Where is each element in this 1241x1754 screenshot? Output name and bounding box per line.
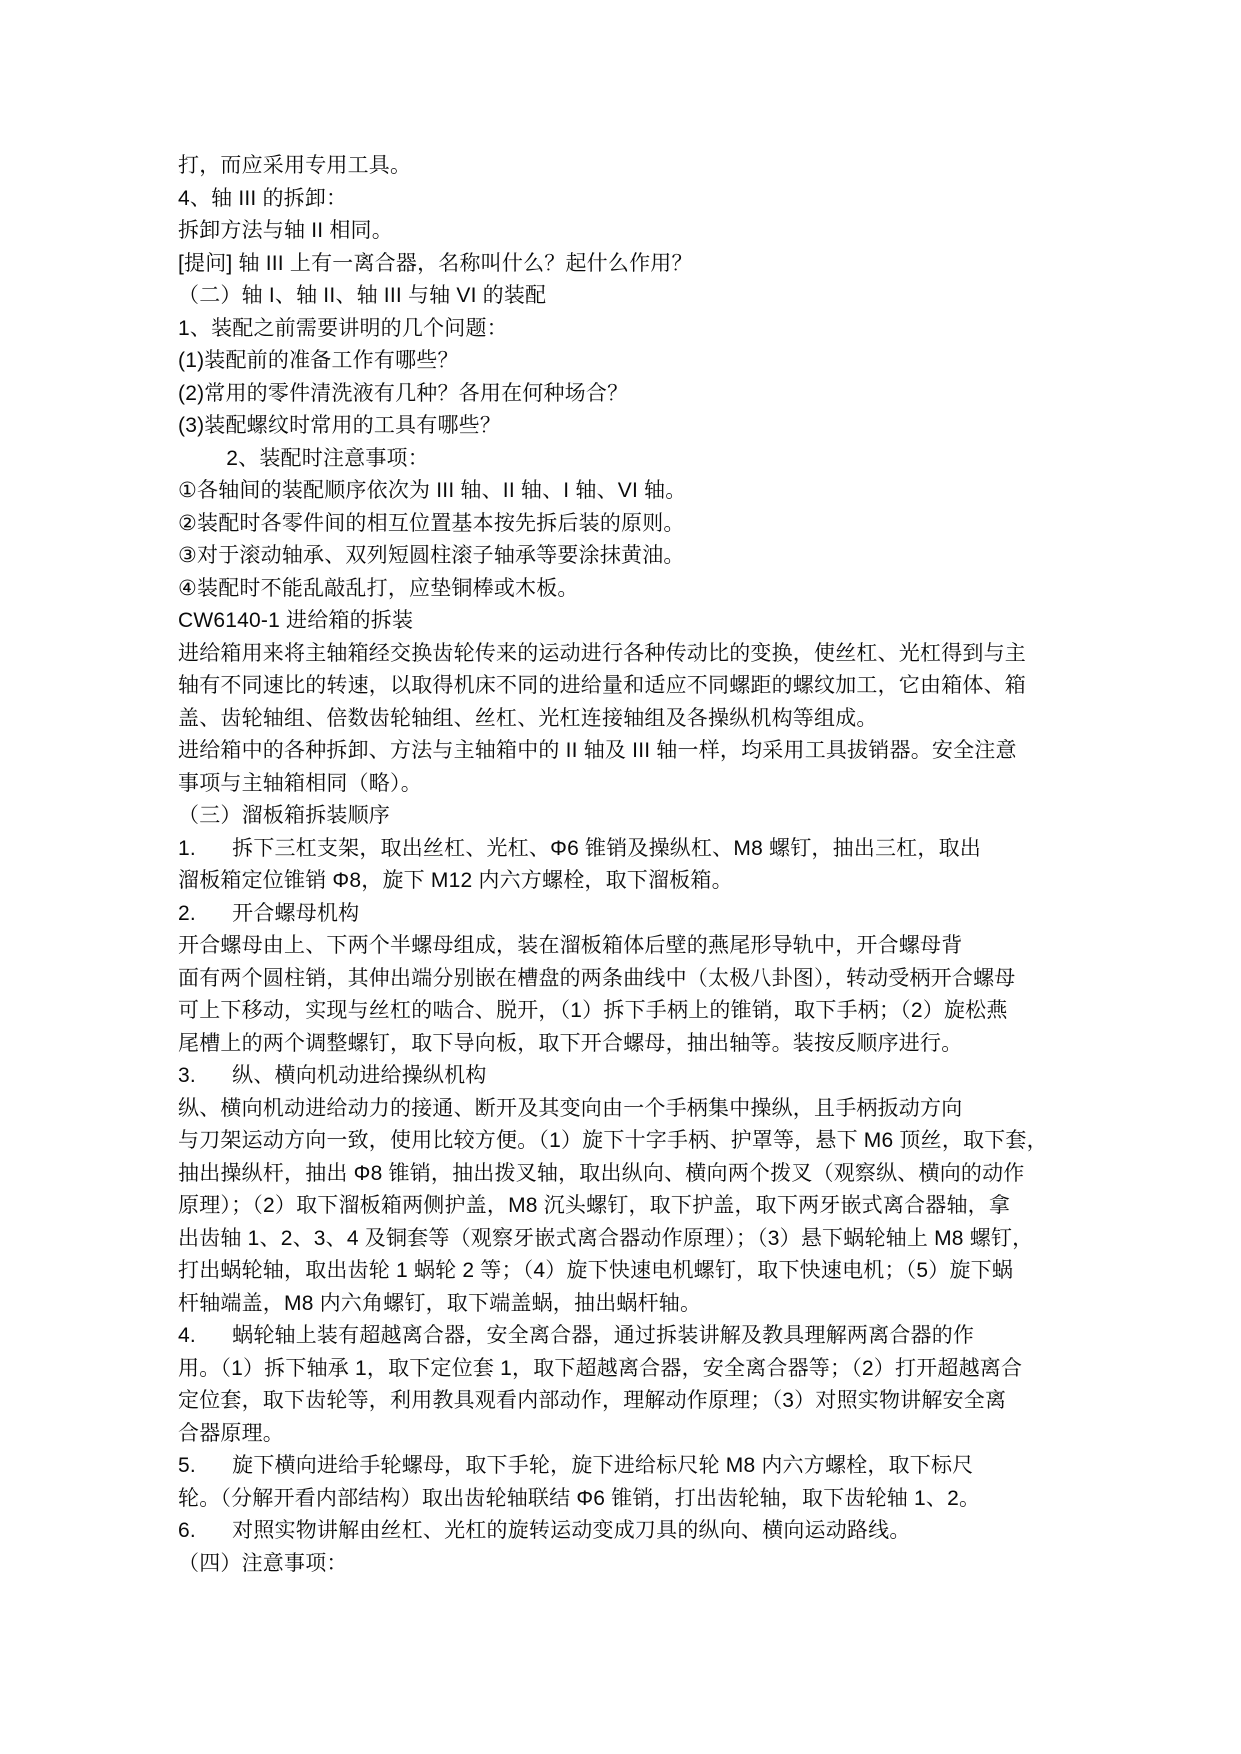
text-line: 原理）；（2）取下溜板箱两侧护盖，M8 沉头螺钉，取下护盖，取下两牙嵌式离合器轴… bbox=[178, 1190, 1108, 1223]
text-line: （三）溜板箱拆装顺序 bbox=[178, 800, 1108, 833]
text-line: 出齿轴 1、2、3、4 及铜套等（观察牙嵌式离合器动作原理）；（3）悬下蜗轮轴上… bbox=[178, 1223, 1108, 1256]
text-line: 可上下移动，实现与丝杠的啮合、脱开，（1）拆下手柄上的锥销，取下手柄；（2）旋松… bbox=[178, 995, 1108, 1028]
text-line: （四）注意事项： bbox=[178, 1548, 1108, 1581]
text-line: （二）轴 I、轴 II、轴 III 与轴 VI 的装配 bbox=[178, 280, 1108, 313]
text-line: [提问] 轴 III 上有一离合器，名称叫什么？起什么作用？ bbox=[178, 248, 1108, 281]
text-line: 溜板箱定位锥销 Φ8，旋下 M12 内六方螺栓，取下溜板箱。 bbox=[178, 865, 1108, 898]
text-line: 进给箱中的各种拆卸、方法与主轴箱中的 II 轴及 III 轴一样，均采用工具拔销… bbox=[178, 735, 1108, 768]
text-line: 定位套，取下齿轮等，利用教具观看内部动作，理解动作原理；（3）对照实物讲解安全离 bbox=[178, 1385, 1108, 1418]
text-line: 合器原理。 bbox=[178, 1418, 1108, 1451]
text-line: 进给箱用来将主轴箱经交换齿轮传来的运动进行各种传动比的变换，使丝杠、光杠得到与主 bbox=[178, 638, 1108, 671]
text-line: (1)装配前的准备工作有哪些？ bbox=[178, 345, 1108, 378]
text-line: 4、轴 III 的拆卸： bbox=[178, 183, 1108, 216]
text-line: 拆卸方法与轴 II 相同。 bbox=[178, 215, 1108, 248]
text-line: 轴有不同速比的转速，以取得机床不同的进给量和适应不同螺距的螺纹加工，它由箱体、箱 bbox=[178, 670, 1108, 703]
text-line: ④装配时不能乱敲乱打，应垫铜棒或木板。 bbox=[178, 573, 1108, 606]
text-line: 2. 开合螺母机构 bbox=[178, 898, 1108, 931]
text-line: 事项与主轴箱相同（略）。 bbox=[178, 768, 1108, 801]
text-line: 抽出操纵杆，抽出 Φ8 锥销，抽出拨叉轴，取出纵向、横向两个拨叉（观察纵、横向的… bbox=[178, 1158, 1108, 1191]
text-line: 面有两个圆柱销，其伸出端分别嵌在槽盘的两条曲线中（太极八卦图），转动受柄开合螺母 bbox=[178, 963, 1108, 996]
text-line: (2)常用的零件清洗液有几种？各用在何种场合？ bbox=[178, 378, 1108, 411]
text-line: 打出蜗轮轴，取出齿轮 1 蜗轮 2 等；（4）旋下快速电机螺钉，取下快速电机；（… bbox=[178, 1255, 1108, 1288]
text-line: 打，而应采用专用工具。 bbox=[178, 150, 1108, 183]
text-line: 与刀架运动方向一致，使用比较方便。（1）旋下十字手柄、护罩等，悬下 M6 顶丝，… bbox=[178, 1125, 1108, 1158]
text-line: 4. 蜗轮轴上装有超越离合器，安全离合器，通过拆装讲解及教具理解两离合器的作 bbox=[178, 1320, 1108, 1353]
text-line: 5. 旋下横向进给手轮螺母，取下手轮，旋下进给标尺轮 M8 内六方螺栓，取下标尺 bbox=[178, 1450, 1108, 1483]
text-line: (3)装配螺纹时常用的工具有哪些？ bbox=[178, 410, 1108, 443]
text-line: 3. 纵、横向机动进给操纵机构 bbox=[178, 1060, 1108, 1093]
text-line: CW6140-1 进给箱的拆装 bbox=[178, 605, 1108, 638]
text-line: 6. 对照实物讲解由丝杠、光杠的旋转运动变成刀具的纵向、横向运动路线。 bbox=[178, 1515, 1108, 1548]
text-line: 1. 拆下三杠支架，取出丝杠、光杠、Φ6 锥销及操纵杠、M8 螺钉，抽出三杠，取… bbox=[178, 833, 1108, 866]
text-line: 纵、横向机动进给动力的接通、断开及其变向由一个手柄集中操纵，且手柄扳动方向 bbox=[178, 1093, 1108, 1126]
text-line: 尾槽上的两个调整螺钉，取下导向板，取下开合螺母，抽出轴等。装按反顺序进行。 bbox=[178, 1028, 1108, 1061]
text-line: 杆轴端盖，M8 内六角螺钉，取下端盖蜗，抽出蜗杆轴。 bbox=[178, 1288, 1108, 1321]
text-line: 1、装配之前需要讲明的几个问题： bbox=[178, 313, 1108, 346]
text-line: ①各轴间的装配顺序依次为 III 轴、II 轴、I 轴、VI 轴。 bbox=[178, 475, 1108, 508]
text-line: 轮。（分解开看内部结构）取出齿轮轴联结 Φ6 锥销，打出齿轮轴，取下齿轮轴 1、… bbox=[178, 1483, 1108, 1516]
text-line: 用。（1）拆下轴承 1，取下定位套 1，取下超越离合器，安全离合器等；（2）打开… bbox=[178, 1353, 1108, 1386]
text-line: ②装配时各零件间的相互位置基本按先拆后装的原则。 bbox=[178, 508, 1108, 541]
text-line: 2、装配时注意事项： bbox=[178, 443, 1108, 476]
text-line: 开合螺母由上、下两个半螺母组成，装在溜板箱体后壁的燕尾形导轨中，开合螺母背 bbox=[178, 930, 1108, 963]
text-line: ③对于滚动轴承、双列短圆柱滚子轴承等要涂抹黄油。 bbox=[178, 540, 1108, 573]
text-line: 盖、齿轮轴组、倍数齿轮轴组、丝杠、光杠连接轴组及各操纵机构等组成。 bbox=[178, 703, 1108, 736]
document-page: 打，而应采用专用工具。 4、轴 III 的拆卸： 拆卸方法与轴 II 相同。 [… bbox=[0, 0, 1241, 1754]
document-body: 打，而应采用专用工具。 4、轴 III 的拆卸： 拆卸方法与轴 II 相同。 [… bbox=[178, 150, 1108, 1580]
